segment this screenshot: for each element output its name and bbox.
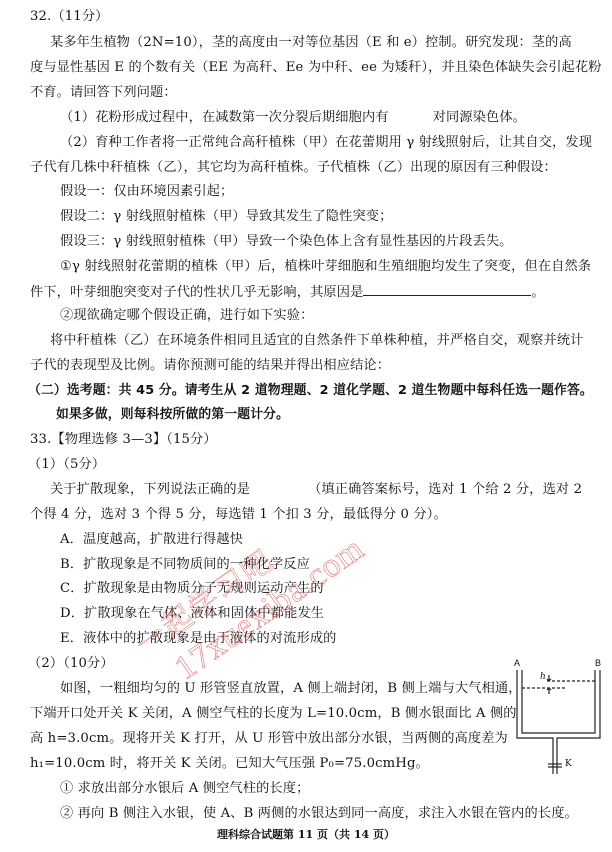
- option-b: B．扩散现象是不同物质间的一种化学反应: [60, 556, 310, 574]
- q32-intro-2: 度与显性基因 E 的个数有关（EE 为高秆、Ee 为中秆、ee 为矮秆），并且染…: [30, 59, 602, 77]
- option-c: C．扩散现象是由物质分子无规则运动产生的: [60, 580, 324, 598]
- q33-part1-text-a: 关于扩散现象，下列说法正确的是: [50, 482, 250, 497]
- q32-intro-1: 某多年生植物（2N=10），茎的高度由一对等位基因（E 和 e）控制。研究发现：…: [50, 34, 572, 52]
- section2-line2: 如果多做，则每科按所做的第一题计分。: [56, 406, 289, 424]
- q33-heading: 33.【物理选修 3—3】（15分）: [30, 431, 217, 449]
- option-d: D．扩散现象在气体、液体和固体中都能发生: [60, 605, 324, 623]
- q33-part2-text-2: 下端开口处开关 K 关闭，A 侧空气柱的长度为 L=10.0cm，B 侧水银面比…: [30, 705, 517, 723]
- q32-sub2-title: ②现欲确定哪个假设正确，进行如下实验：: [60, 307, 313, 325]
- page-footer: 理科综合试题第 11 页（共 14 页）: [0, 826, 612, 842]
- q33-question-1: ① 求放出部分水银后 A 侧空气柱的长度；: [60, 780, 309, 798]
- option-a: A．温度越高，扩散进行得越快: [60, 531, 243, 549]
- q32-sub1-1: ①γ 射线照射花蕾期的植株（甲）后，植株叶芽细胞和生殖细胞均发生了突变，但在自然…: [60, 258, 591, 276]
- q32-sub2-1: 将中秆植株（乙）在环境条件相同且适宜的自然条件下单株种植，并严格自交，观察并统计: [50, 332, 584, 350]
- diagram-label-b: B: [595, 658, 601, 668]
- u-tube-diagram: A B h K: [505, 660, 605, 780]
- answer-blank: [363, 283, 531, 296]
- q32-part1-text-b: 对同源染色体。: [433, 110, 526, 125]
- q32-sub2-2: 子代的表现型及比例。请你预测可能的结果并得出相应结论：: [30, 357, 390, 375]
- q32-part2-2: 子代有几株中秆植株（乙），其它均为高秆植株。子代植株（乙）出现的原因有三种假设：: [30, 159, 557, 177]
- q32-sub1-end: 。: [531, 285, 544, 300]
- q32-sub1-2: 件下，叶芽细胞突变对子代的性状几乎无影响，其原因是。: [30, 283, 545, 301]
- q32-sub1-text: 件下，叶芽细胞突变对子代的性状几乎无影响，其原因是: [30, 285, 363, 300]
- q33-question-2: ② 再向 B 侧注入水银，使 A、B 两侧的水银达到同一高度，求注入水银在管内的…: [60, 805, 578, 823]
- q32-part1-text-a: （1）花粉形成过程中，在减数第一次分裂后期细胞内有: [60, 110, 389, 125]
- q33-part2-text-1: 如图，一粗细均匀的 U 形管竖直放置，A 侧上端封闭，B 侧上端与大气相通，: [60, 680, 522, 698]
- diagram-label-a: A: [514, 658, 520, 668]
- hypothesis-1: 假设一：仅由环境因素引起；: [60, 183, 233, 201]
- option-e: E．液体中的扩散现象是由于液体的对流形成的: [60, 630, 337, 648]
- q33-part1-text-c: 个得 4 分，选对 3 个得 5 分，每选错 1 个扣 3 分，最低得分 0 分…: [30, 506, 447, 524]
- diagram-label-k: K: [565, 759, 572, 769]
- section2-line1: （二）选考题：共 45 分。请考生从 2 道物理题、2 道化学题、2 道生物题中…: [28, 382, 593, 400]
- q32-part2-1: （2）育种工作者将一正常纯合高秆植株（甲）在花蕾期用 γ 射线照射后，让其自交，…: [60, 134, 592, 152]
- q33-part2-text-4: h₁=10.0cm 时，将开关 K 关闭。已知大气压强 P₀=75.0cmHg。: [30, 755, 429, 773]
- q33-part1-text: 关于扩散现象，下列说法正确的是（填正确答案标号，选对 1 个给 2 分，选对 2: [50, 481, 582, 499]
- q33-part2-text-3: 高 h=3.0cm。现将开关 K 打开，从 U 形管中放出部分水银，当两侧的高度…: [30, 730, 508, 748]
- hypothesis-2: 假设二：γ 射线照射植株（甲）导致其发生了隐性突变；: [60, 208, 392, 226]
- hypothesis-3: 假设三：γ 射线照射植株（甲）导致一个染色体上含有显性基因的片段丢失。: [60, 233, 513, 251]
- u-tube-icon: [505, 660, 605, 780]
- q32-part1: （1）花粉形成过程中，在减数第一次分裂后期细胞内有对同源染色体。: [60, 109, 526, 127]
- q33-part1-heading: （1）（5分）: [28, 456, 105, 474]
- q33-part2-heading: （2）（10分）: [28, 655, 114, 673]
- q32-heading: 32.（11分）: [30, 8, 109, 26]
- diagram-label-h: h: [540, 672, 546, 682]
- q33-part1-text-b: （填正确答案标号，选对 1 个给 2 分，选对 2: [308, 482, 582, 497]
- q32-intro-3: 不育。请回答下列问题：: [30, 84, 177, 102]
